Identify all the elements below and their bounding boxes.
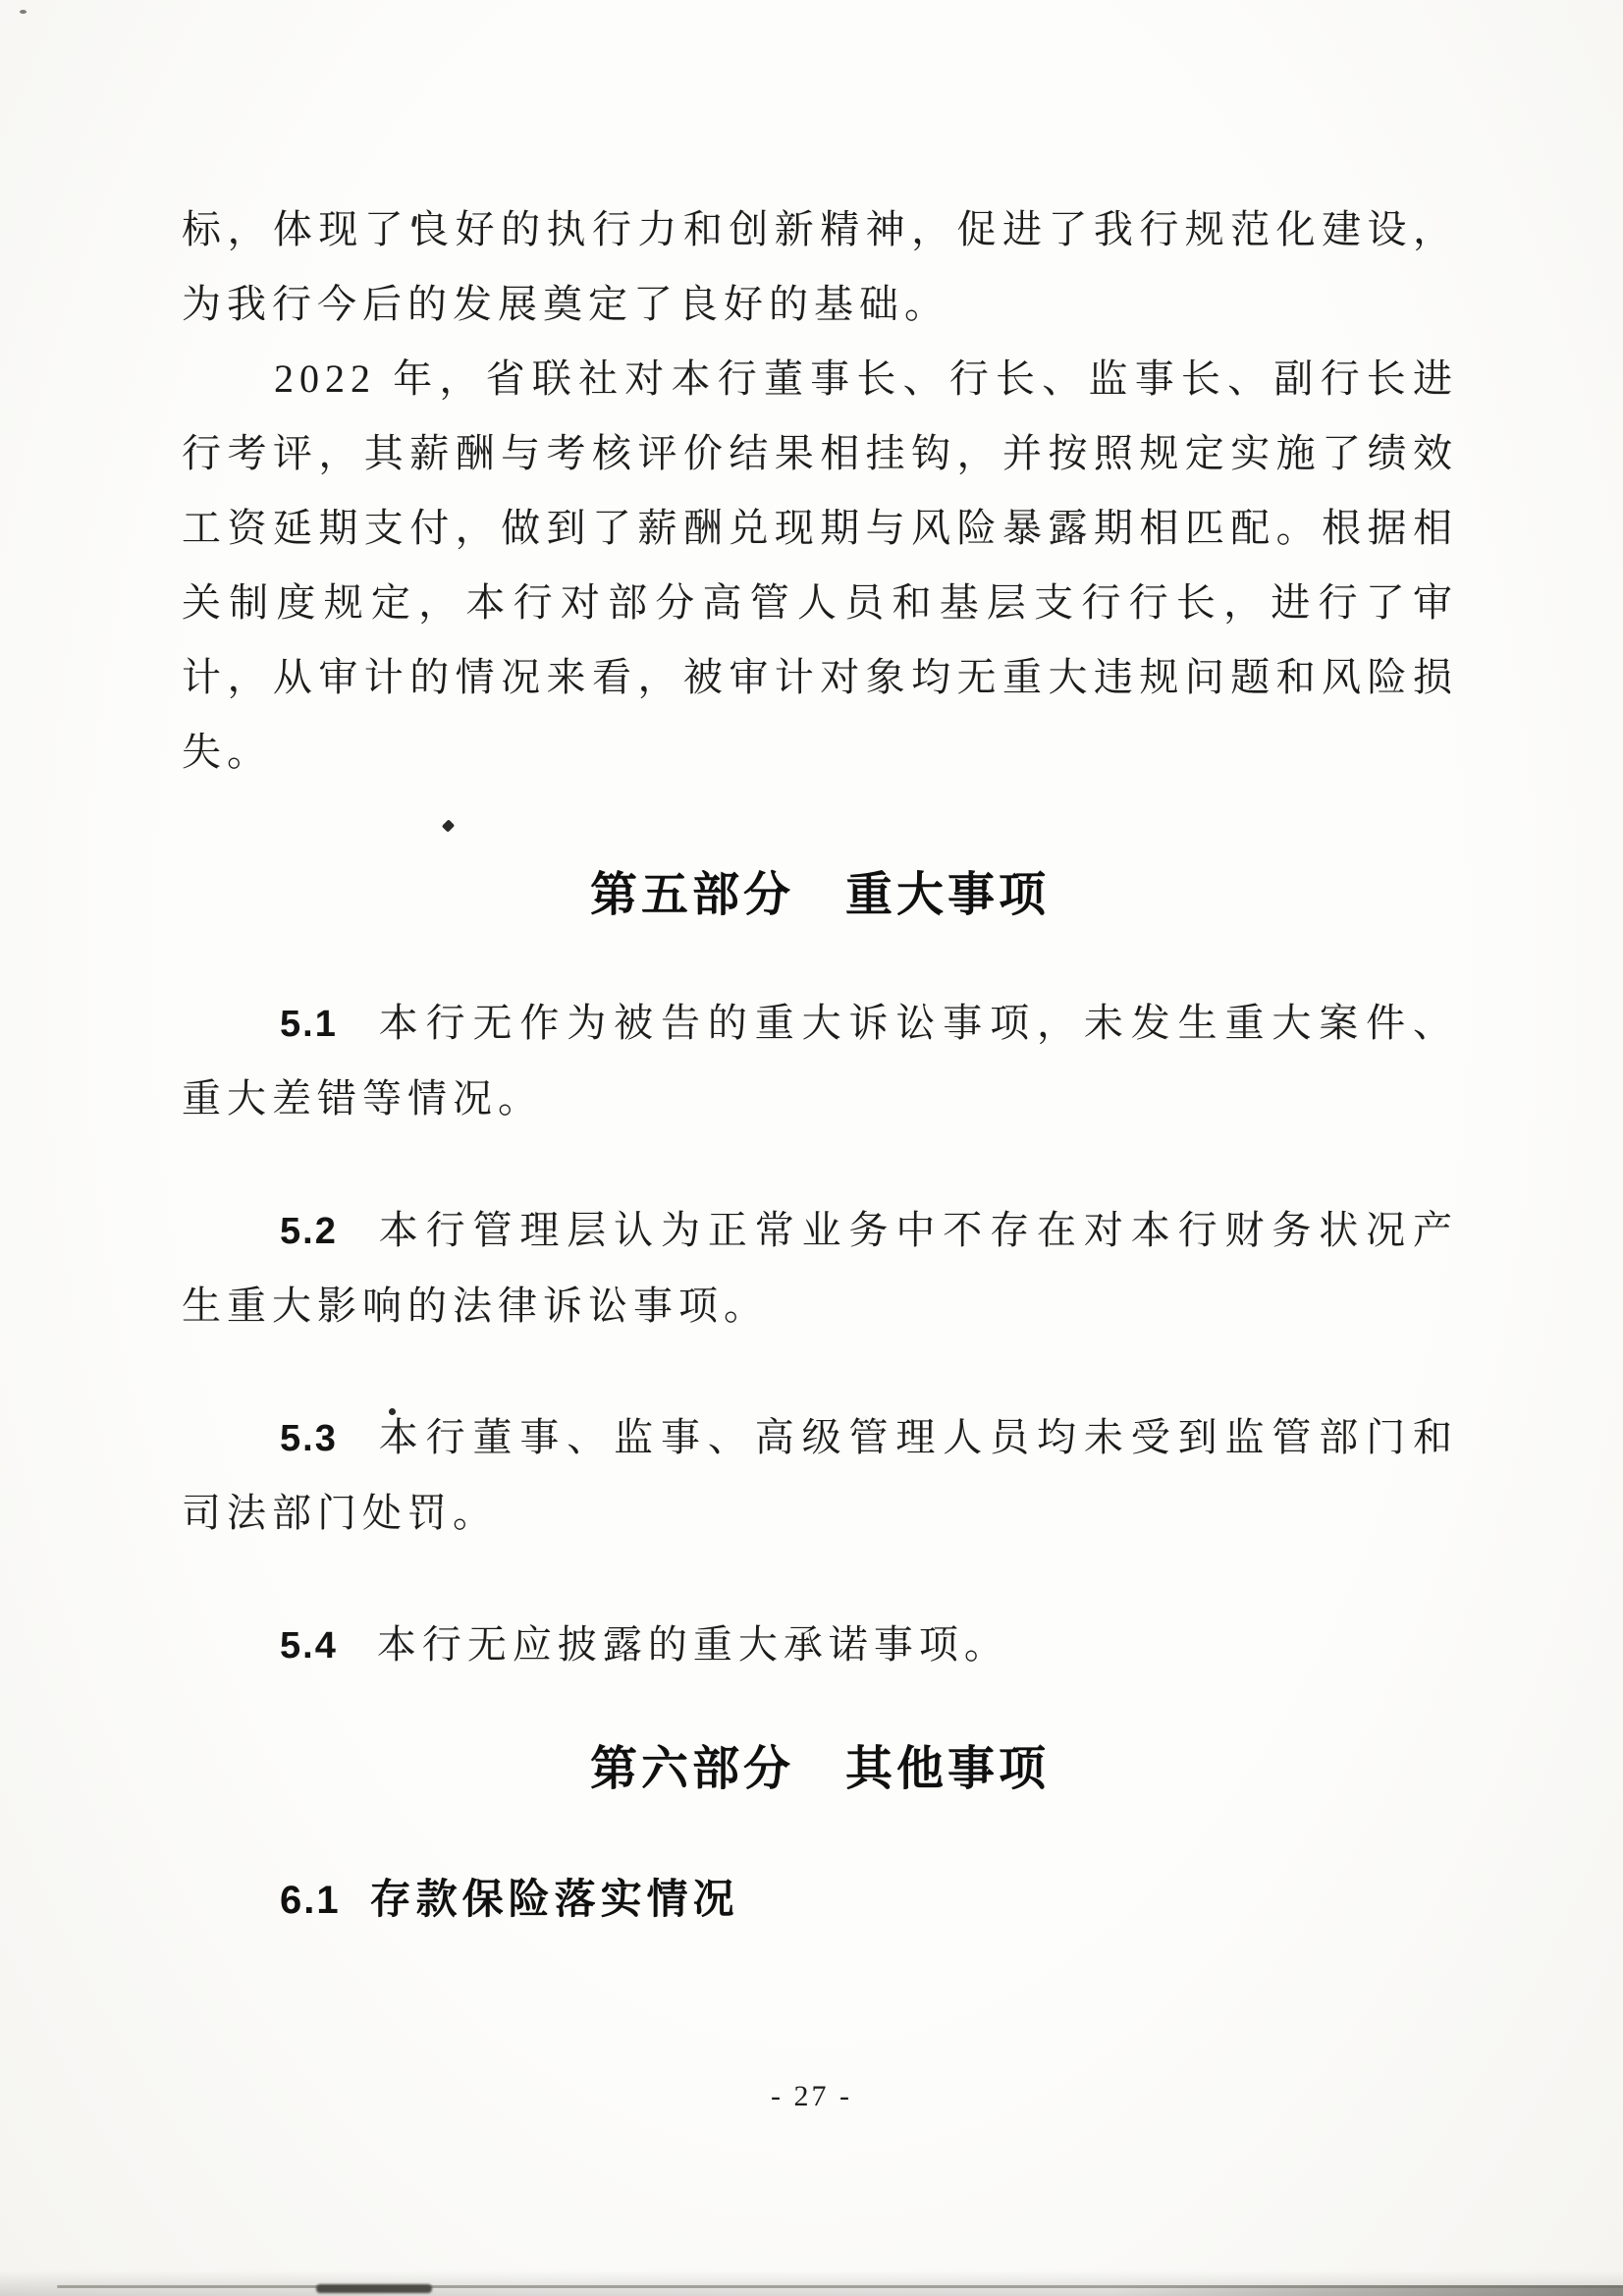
section-6-heading: 第六部分 其他事项 bbox=[182, 1740, 1458, 1799]
scan-edge-blob bbox=[316, 2284, 432, 2293]
paragraph-continuation: 标，体现了良好的执行力和创新精神，促进了我行规范化建设，为我行今后的发展奠定了良… bbox=[182, 192, 1458, 342]
item-5-2-number: 5.2 bbox=[280, 1211, 338, 1252]
item-5-2-text: 本行管理层认为正常业务中不存在对本行财务状况产生重大影响的法律诉讼事项。 bbox=[182, 1208, 1458, 1328]
item-5-1-text: 本行无作为被告的重大诉讼事项，未发生重大案件、重大差错等情况。 bbox=[182, 1001, 1458, 1121]
subsection-6-1: 6.1存款保险落实情况 bbox=[182, 1870, 1458, 1930]
scan-edge-right bbox=[1112, 2285, 1623, 2296]
item-5-2: 5.2本行管理层认为正常业务中不存在对本行财务状况产生重大影响的法律诉讼事项。 bbox=[182, 1193, 1458, 1343]
page-content: 标，体现了良好的执行力和创新精神，促进了我行规范化建设，为我行今后的发展奠定了良… bbox=[182, 192, 1458, 1930]
scan-speck bbox=[20, 10, 27, 14]
document-page: 标，体现了良好的执行力和创新精神，促进了我行规范化建设，为我行今后的发展奠定了良… bbox=[0, 0, 1623, 2296]
item-5-4-text: 本行无应披露的重大承诺事项。 bbox=[377, 1622, 1009, 1667]
item-5-3: 5.3本行董事、监事、高级管理人员均未受到监管部门和司法部门处罚。 bbox=[182, 1400, 1458, 1551]
item-5-1-number: 5.1 bbox=[280, 1004, 338, 1045]
section-5-heading: 第五部分 重大事项 bbox=[182, 866, 1458, 925]
subsection-6-1-number: 6.1 bbox=[280, 1879, 341, 1922]
page-number: - 27 - bbox=[0, 2080, 1623, 2113]
item-5-3-number: 5.3 bbox=[280, 1418, 338, 1459]
subsection-6-1-label: 存款保险落实情况 bbox=[370, 1876, 739, 1922]
scan-speck bbox=[389, 1408, 396, 1415]
item-5-4: 5.4本行无应披露的重大承诺事项。 bbox=[182, 1608, 1458, 1683]
item-5-4-number: 5.4 bbox=[280, 1625, 338, 1667]
paragraph-2022-review: 2022 年，省联社对本行董事长、行长、监事长、副行长进行考评，其薪酬与考核评价… bbox=[182, 342, 1458, 790]
item-5-3-text: 本行董事、监事、高级管理人员均未受到监管部门和司法部门处罚。 bbox=[182, 1415, 1458, 1535]
item-5-1: 5.1本行无作为被告的重大诉讼事项，未发生重大案件、重大差错等情况。 bbox=[182, 986, 1458, 1136]
